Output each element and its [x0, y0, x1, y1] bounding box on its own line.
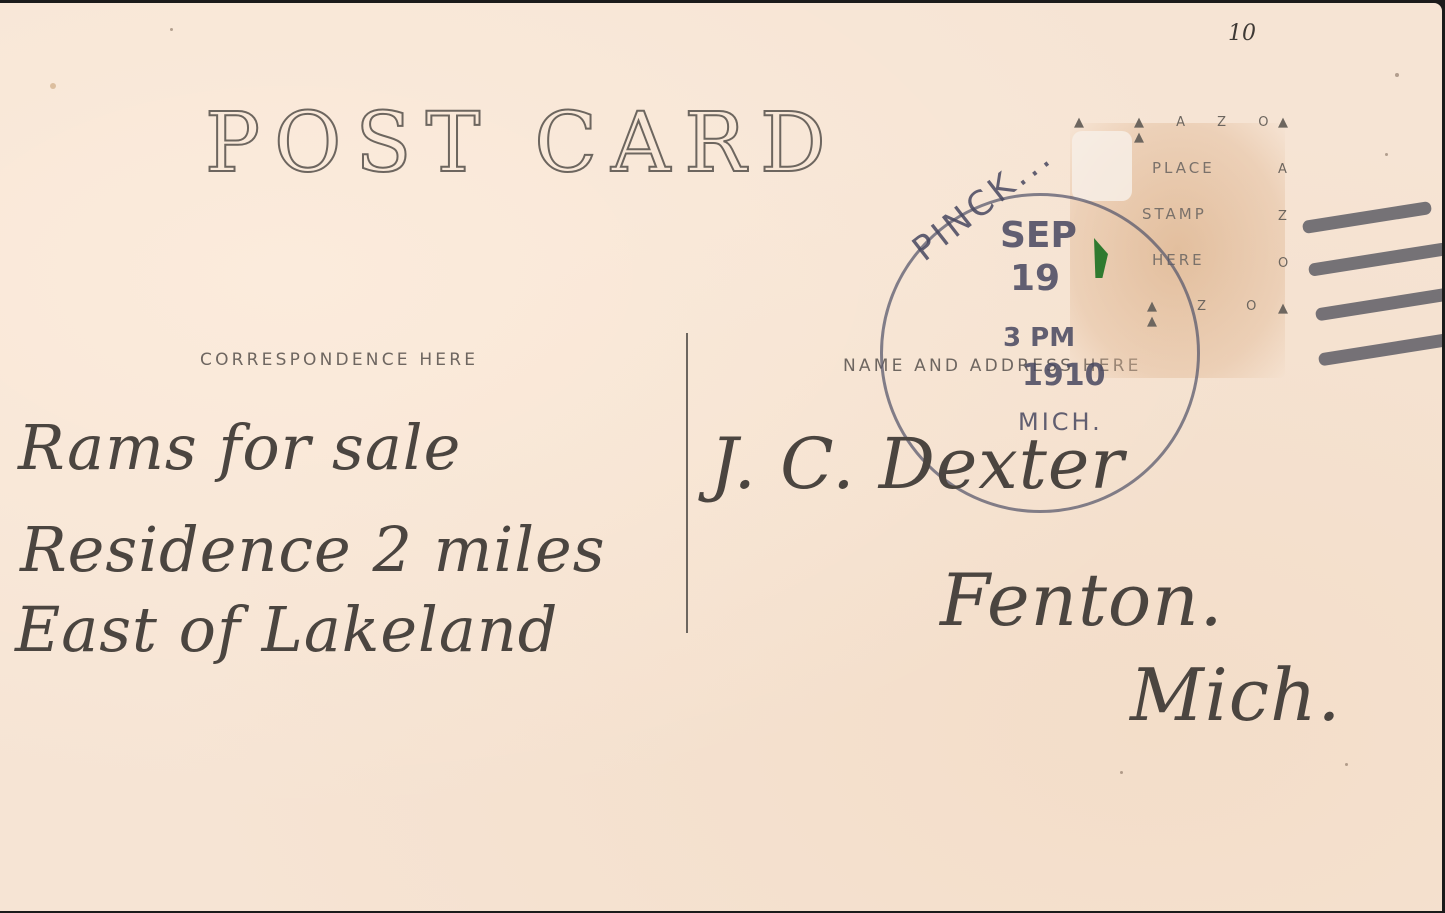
cancellation-bar — [1318, 333, 1442, 367]
postmark-day: 19 — [1010, 258, 1060, 299]
stamp-line-stamp: STAMP — [1142, 205, 1207, 223]
corner-number: 10 — [1228, 21, 1256, 46]
cancellation-bar — [1315, 288, 1442, 322]
center-divider — [686, 333, 688, 633]
stamp-side-letter: A — [1278, 162, 1290, 177]
paper-stain — [50, 83, 56, 89]
stamp-side-letter: O — [1278, 256, 1291, 271]
message-line-1: Rams for sale — [18, 411, 461, 484]
postcard-back: 10 POST CARD CORRESPONDENCE HERE NAME AN… — [0, 3, 1442, 911]
stamp-side-letter: ▲ — [1278, 115, 1291, 130]
paper-speck — [1345, 763, 1348, 766]
paper-speck — [170, 28, 173, 31]
address-line-state: Mich. — [1130, 653, 1341, 737]
postmark-year: 1910 — [1022, 358, 1106, 393]
paper-speck — [1395, 73, 1399, 77]
paper-speck — [1120, 771, 1123, 774]
address-line-name: J. C. Dexter — [710, 423, 1125, 505]
message-line-3: East of Lakeland — [15, 593, 558, 666]
paper-speck — [1385, 153, 1388, 156]
cancellation-bar — [1308, 242, 1442, 277]
correspondence-label: CORRESPONDENCE HERE — [200, 350, 478, 370]
postmark-month: SEP — [1000, 215, 1077, 256]
triangle-icon: ▲ — [1074, 115, 1087, 130]
stamp-top-row: ▲ A Z O ▲ — [1134, 115, 1287, 145]
address-line-city: Fenton. — [940, 558, 1224, 642]
message-line-2: Residence 2 miles — [20, 513, 606, 586]
stamp-side-letter: Z — [1278, 209, 1290, 224]
stamp-line-place: PLACE — [1152, 159, 1215, 177]
postmark-time: 3 PM — [1003, 323, 1075, 353]
cancellation-bar — [1302, 201, 1432, 234]
postcard-title: POST CARD — [205, 103, 840, 185]
